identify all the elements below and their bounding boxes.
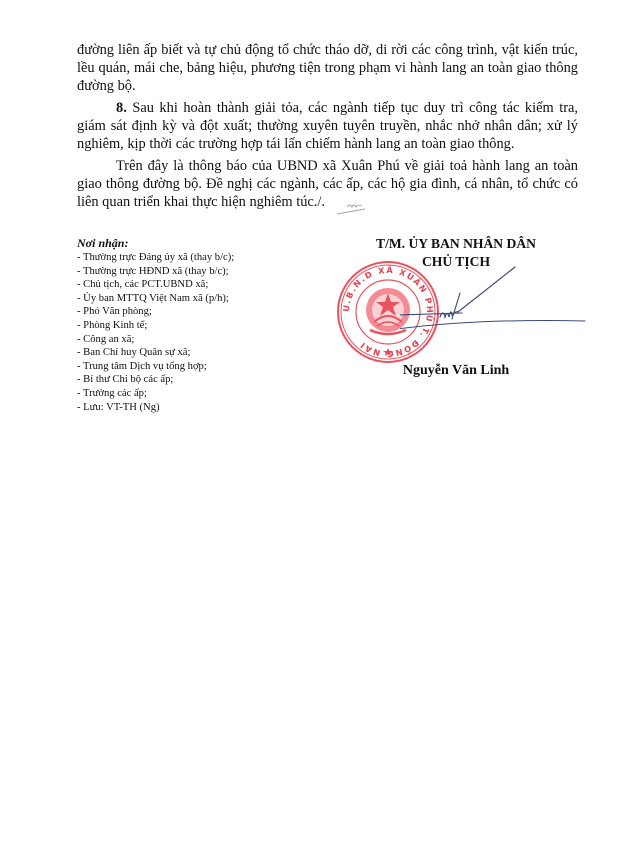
recipient-item: - Thường trực HĐND xã (thay b/c); <box>77 265 307 279</box>
paragraph-text: Sau khi hoàn thành giải tỏa, các ngành t… <box>77 100 578 152</box>
item-number: 8. <box>116 100 127 116</box>
recipient-item: - Ủy ban MTTQ Việt Nam xã (p/h); <box>77 292 307 306</box>
recipient-item: - Chủ tịch, các PCT.UBND xã; <box>77 278 307 292</box>
recipient-item: - Thường trực Đảng ủy xã (thay b/c); <box>77 251 307 265</box>
recipients-heading: Nơi nhận: <box>77 236 307 251</box>
signer-name: Nguyễn Văn Linh <box>356 362 556 380</box>
recipient-item: - Phòng Kinh tế; <box>77 319 307 333</box>
document-body: đường liên ấp biết và tự chủ động tổ chứ… <box>77 41 578 215</box>
recipient-item: - Ban Chỉ huy Quân sự xã; <box>77 346 307 360</box>
signature-block: T/M. ỦY BAN NHÂN DÂN CHỦ TỊCH Nguyễn Văn… <box>356 235 556 271</box>
official-stamp-icon: U.B.N.D XÃ XUÂN PHÚ T. ĐỒNG NAI <box>336 260 440 364</box>
paragraph-item-8: 8. Sau khi hoàn thành giải tỏa, các ngàn… <box>77 99 578 153</box>
paragraph-continued: đường liên ấp biết và tự chủ động tổ chứ… <box>77 41 578 95</box>
recipient-item: - Trưởng các ấp; <box>77 387 307 401</box>
recipient-item: - Công an xã; <box>77 333 307 347</box>
recipient-item: - Bí thư Chi bộ các ấp; <box>77 373 307 387</box>
paragraph-text: Trên đây là thông báo của UBND xã Xuân P… <box>77 158 578 210</box>
on-behalf-label: T/M. ỦY BAN NHÂN DÂN <box>356 235 556 253</box>
recipient-item: - Phó Văn phòng; <box>77 305 307 319</box>
document-page: đường liên ấp biết và tự chủ động tổ chứ… <box>0 0 630 855</box>
recipient-item: - Lưu: VT-TH (Ng) <box>77 401 307 415</box>
signature-icon <box>400 265 590 340</box>
recipients-block: Nơi nhận: - Thường trực Đảng ủy xã (thay… <box>77 236 307 414</box>
recipient-item: - Trung tâm Dịch vụ tổng hợp; <box>77 360 307 374</box>
svg-text:U.B.N.D XÃ XUÂN PHÚ T. ĐỒNG NA: U.B.N.D XÃ XUÂN PHÚ T. ĐỒNG NAI <box>341 264 436 359</box>
recipients-list: - Thường trực Đảng ủy xã (thay b/c); - T… <box>77 251 307 414</box>
paragraph-closing: Trên đây là thông báo của UBND xã Xuân P… <box>77 157 578 211</box>
paragraph-text: đường liên ấp biết và tự chủ động tổ chứ… <box>77 42 578 94</box>
signer-title: CHỦ TỊCH <box>356 253 556 271</box>
